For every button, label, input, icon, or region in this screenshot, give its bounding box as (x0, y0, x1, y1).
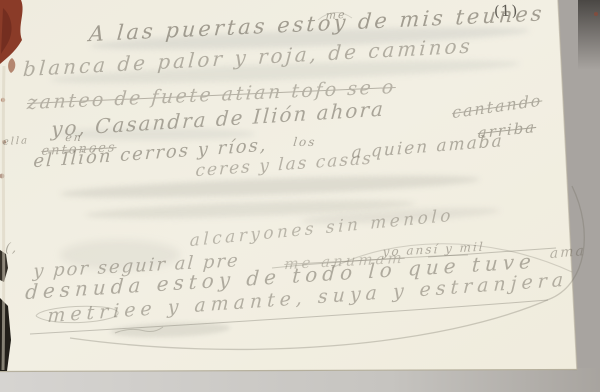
pencil-circle-word (36, 306, 118, 322)
pencil-arc-large (70, 186, 584, 349)
pencil-strike (272, 255, 468, 268)
pencil-underline-long (30, 300, 548, 334)
pencil-marks-overlay (0, 0, 600, 392)
pencil-arc-small (318, 12, 352, 20)
scanned-manuscript-page: (1) me A las puertas estoy de mis teunes… (0, 0, 600, 392)
pencil-arc-mid (332, 244, 572, 272)
